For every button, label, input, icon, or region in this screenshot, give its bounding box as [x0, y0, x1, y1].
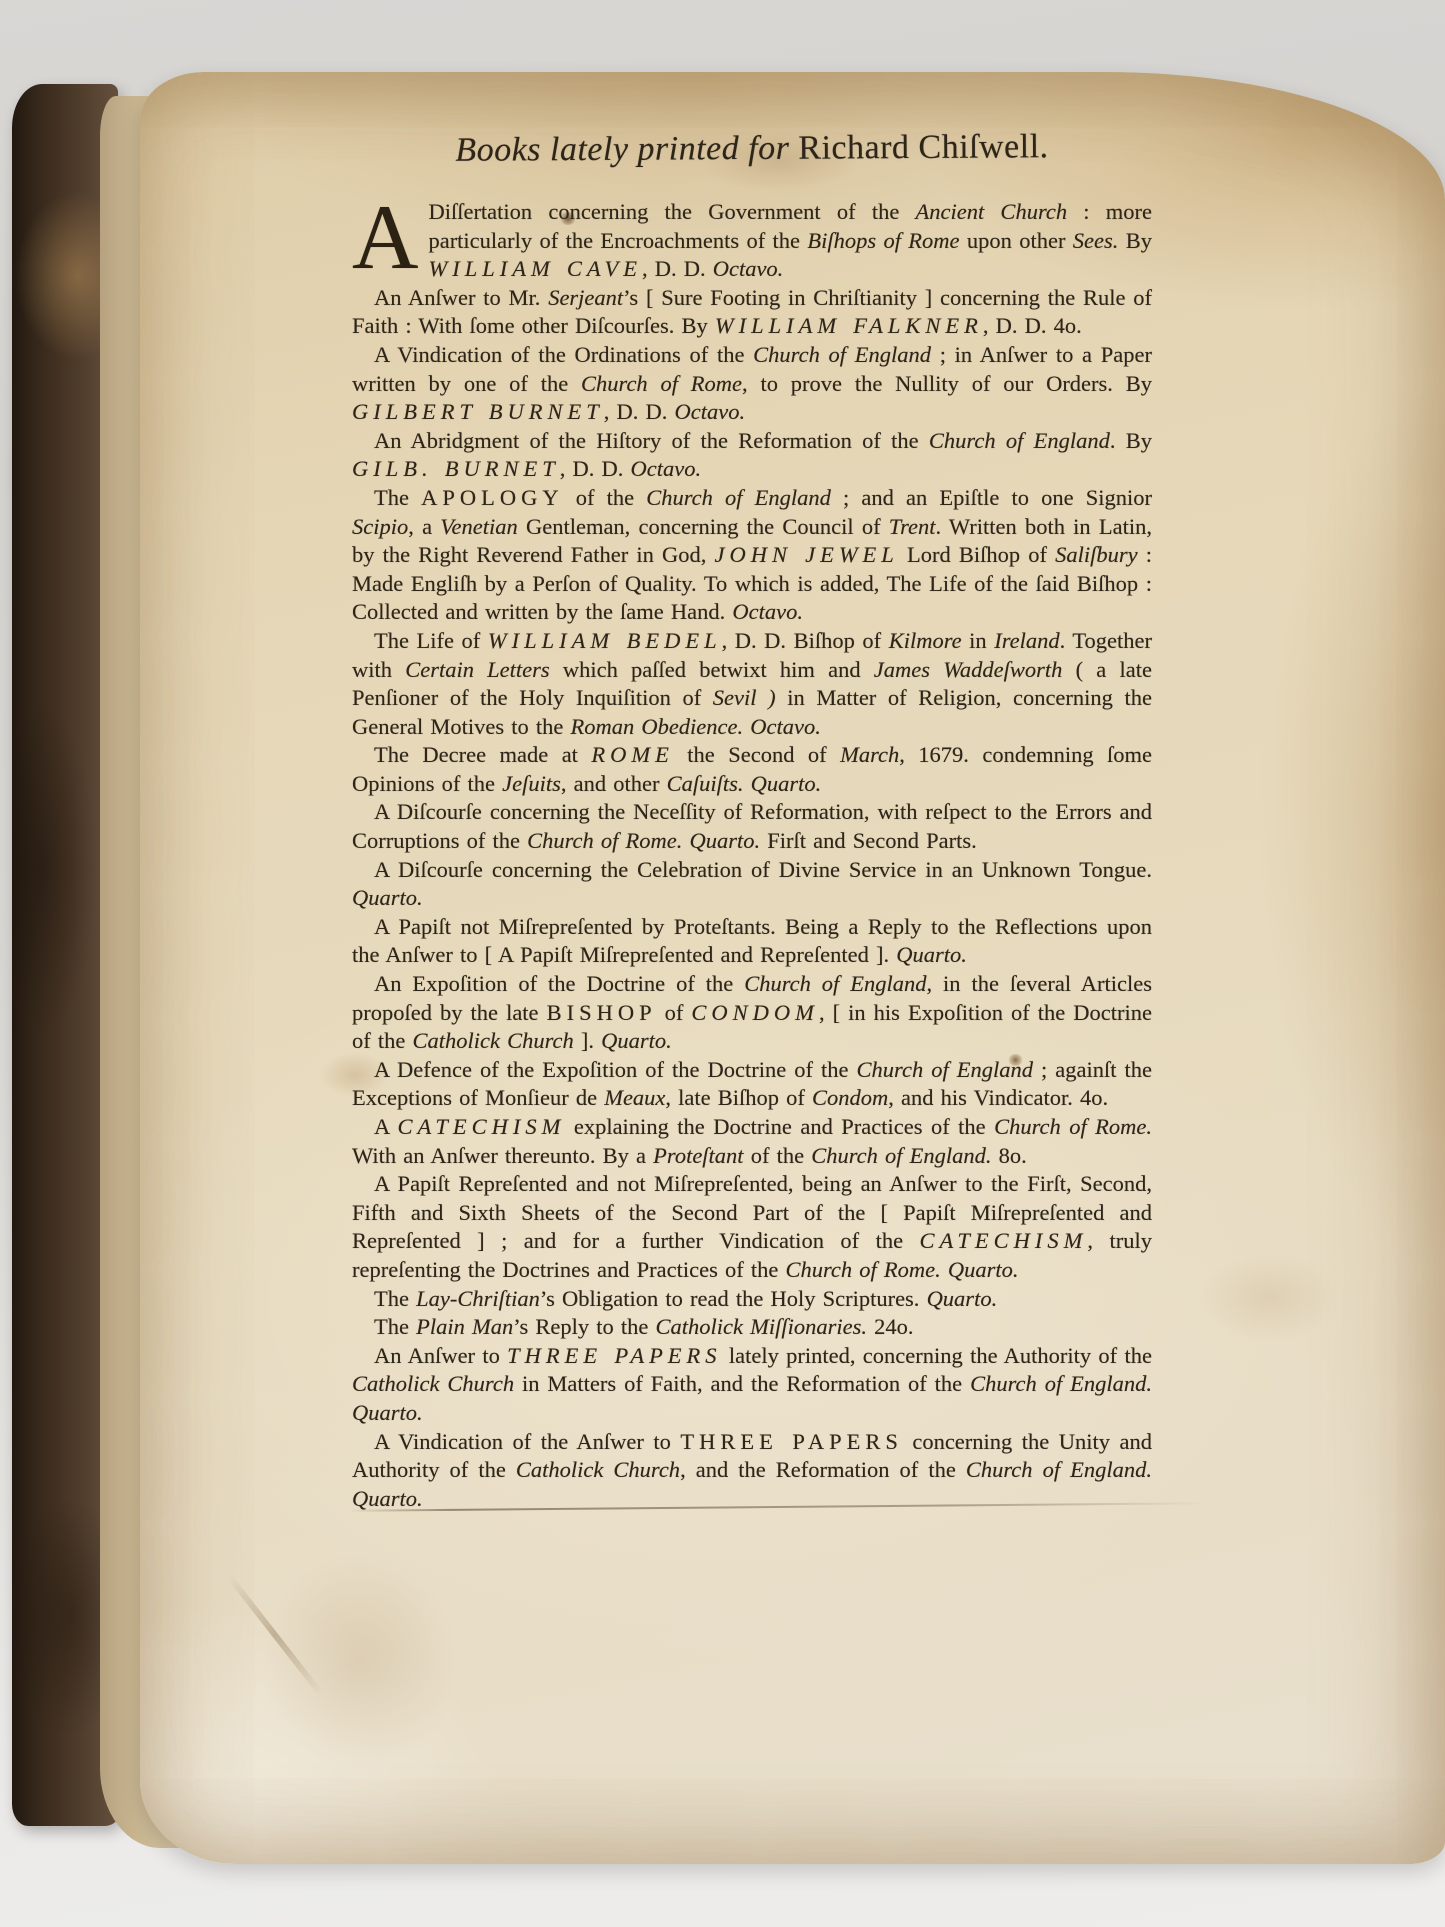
entry-text-segment: Church of England. [811, 1143, 991, 1168]
entry-text-segment: , and his Vindicator. 4o. [888, 1085, 1108, 1110]
entry-text-segment: Jeſuits [502, 771, 561, 796]
page-title-roman-part: Richard Chiſwell. [798, 128, 1048, 167]
entry-text-segment: Lay-Chriſtian [416, 1286, 540, 1311]
stain [260, 1552, 460, 1772]
entry-text-segment: Quarto. [352, 885, 423, 910]
entry-text-segment: An Anſwer to [374, 1343, 507, 1368]
entry-text-segment: THREE PAPERS [680, 1429, 902, 1454]
entry-text-segment: Church of Rome. Quarto. [785, 1257, 1018, 1282]
entry-text-segment: Diſſertation concerning the Government o… [428, 199, 915, 224]
entry-text-segment: Octavo. [713, 256, 784, 281]
entry-text-segment: Quarto. [927, 1286, 998, 1311]
book-page: Books lately printed for Richard Chiſwel… [140, 72, 1445, 1864]
entry-text-segment: the Second of [674, 742, 840, 767]
entry-text-segment: explaining the Doctrine and Practices of… [565, 1114, 994, 1139]
entry-text-segment: . By [1110, 428, 1152, 453]
entry-text-segment: , D. D. [642, 256, 713, 281]
entry-text-segment: 24o. [867, 1314, 914, 1339]
catalog-entry: A Papiſt Repreſented and not Miſrepreſen… [352, 1170, 1152, 1284]
catalog-entry: A Defence of the Expoſition of the Doctr… [352, 1056, 1152, 1113]
entry-text-segment: GILBERT BURNET [352, 399, 604, 424]
entry-text-segment: which paſſed betwixt him and [550, 657, 874, 682]
entry-text-segment: ’s Obligation to read the Holy Scripture… [540, 1286, 927, 1311]
catalog-entry: A Diſcourſe concerning the Neceſſity of … [352, 798, 1152, 855]
catalog-entry: An Anſwer to Mr. Serjeant’s [ Sure Footi… [352, 284, 1152, 341]
entry-text-segment: 8o. [991, 1143, 1026, 1168]
entry-text-segment: JOHN JEWEL [714, 542, 898, 567]
catalog-entry: ADiſſertation concerning the Government … [352, 198, 1152, 284]
entry-text-segment: Quarto. [896, 942, 967, 967]
entry-text-segment: Church of Rome. [994, 1114, 1152, 1139]
entry-text-segment: An Abridgment of the Hiſtory of the Refo… [374, 428, 929, 453]
entry-text-segment: Church of Rome. Quarto. [527, 828, 760, 853]
entry-text-segment: Catholick Church [412, 1028, 573, 1053]
catalog-entry: An Expoſition of the Doctrine of the Chu… [352, 970, 1152, 1056]
entry-text-segment: , and other [561, 771, 667, 796]
page-crease [226, 1574, 323, 1696]
entry-text-segment: ]. [574, 1028, 601, 1053]
entry-text-segment: Catholick Miſſionaries. [655, 1314, 866, 1339]
entry-text-segment: Trent [889, 514, 936, 539]
entry-text-segment: in [962, 628, 995, 653]
entry-text-segment: APOLOGY [421, 485, 564, 510]
entry-text-segment: ; and an Epiſtle to one Signior [831, 485, 1152, 510]
entry-text-segment: By [1118, 228, 1152, 253]
entry-text-segment: BISHOP [547, 1000, 657, 1025]
entry-text-segment: , D. D. Biſhop of [722, 628, 889, 653]
entry-text-segment: GILB. BURNET [352, 456, 560, 481]
entry-text-segment: Proteſtant [653, 1143, 743, 1168]
entry-text-segment: in Matters of Faith, and the Reformation… [514, 1371, 970, 1396]
entry-text-segment: A Defence of the Expoſition of the Doctr… [374, 1057, 857, 1082]
entry-text-segment: Quarto. [601, 1028, 672, 1053]
entry-text-segment: March [840, 742, 899, 767]
entry-text-segment: A Diſcourſe concerning the Celebration o… [374, 857, 1152, 882]
entry-text-segment: CONDOM [691, 1000, 819, 1025]
entry-text-segment: Sevil ) [713, 685, 776, 710]
entry-text-segment: Lord Biſhop of [899, 542, 1055, 567]
entry-text-segment: of the [744, 1143, 812, 1168]
entry-text-segment: Catholick Church [352, 1371, 514, 1396]
entry-text-segment: Octavo. [631, 456, 702, 481]
entry-text-segment: , to prove the Nullity of our Orders. By [742, 371, 1152, 396]
catalog-entry: A Vindication of the Ordinations of the … [352, 341, 1152, 427]
printed-text-block: Books lately printed for Richard Chiſwel… [352, 130, 1152, 1513]
entry-text-segment: Gentleman, concerning the Council of [518, 514, 889, 539]
catalog-entry: An Abridgment of the Hiſtory of the Refo… [352, 427, 1152, 484]
catalog-entry: The Decree made at ROME the Second of Ma… [352, 741, 1152, 798]
entry-text-segment: Ancient Church [916, 199, 1068, 224]
entry-text-segment: Plain Man [416, 1314, 513, 1339]
entry-text-segment: Catholick Church [516, 1457, 680, 1482]
page-title-italic-part: Books lately printed for [455, 130, 789, 169]
entry-text-segment: The Life of [374, 628, 488, 653]
entry-text-segment: , D. D. 4o. [983, 313, 1082, 338]
entry-text-segment: CATECHISM [920, 1228, 1088, 1253]
entry-text-segment: of [657, 1000, 692, 1025]
entry-text-segment: James Waddeſworth [874, 657, 1063, 682]
entry-text-segment: Church of England [646, 485, 831, 510]
catalog-entry: A Diſcourſe concerning the Celebration o… [352, 856, 1152, 913]
entry-text-segment: An Anſwer to Mr. [374, 285, 548, 310]
entry-text-segment: Firſt and Second Parts. [760, 828, 977, 853]
entry-text-segment: THREE PAPERS [507, 1343, 721, 1368]
entry-text-segment: Church of England [753, 342, 931, 367]
entry-text-segment: With an Anſwer thereunto. By a [352, 1143, 653, 1168]
entry-text-segment: A Papiſt not Miſrepreſented by Proteſtan… [352, 914, 1152, 968]
entry-text-segment: , D. D. [560, 456, 631, 481]
entry-text-segment: lately printed, concerning the Authority… [722, 1343, 1152, 1368]
entry-text-segment: The [374, 485, 421, 510]
catalog-entry: The Plain Man’s Reply to the Catholick M… [352, 1313, 1152, 1342]
entry-text-segment: Scipio [352, 514, 408, 539]
entry-text-segment: Church of England [744, 971, 926, 996]
catalog-entry: A CATECHISM explaining the Doctrine and … [352, 1113, 1152, 1170]
drop-cap: A [352, 198, 428, 275]
book-catalog-entries: ADiſſertation concerning the Government … [352, 198, 1152, 1513]
entry-text-segment: An Expoſition of the Doctrine of the [374, 971, 744, 996]
entry-text-segment: upon other [960, 228, 1073, 253]
entry-text-segment: The [374, 1286, 416, 1311]
entry-text-segment: , a [408, 514, 440, 539]
entry-text-segment: , D. D. [604, 399, 675, 424]
entry-text-segment: CATECHISM [397, 1114, 565, 1139]
entry-text-segment: Certain Letters [405, 657, 549, 682]
entry-text-segment: WILLIAM CAVE [428, 256, 642, 281]
entry-text-segment: Serjeant [548, 285, 623, 310]
entry-text-segment: Church of England [929, 428, 1110, 453]
entry-text-segment: , late Biſhop of [665, 1085, 812, 1110]
entry-text-segment: Church of Rome [581, 371, 742, 396]
catalog-entry: A Vindication of the Anſwer to THREE PAP… [352, 1428, 1152, 1514]
catalog-entry: An Anſwer to THREE PAPERS lately printed… [352, 1342, 1152, 1428]
entry-text-segment: Church of England [857, 1057, 1033, 1082]
entry-text-segment: Sees. [1073, 228, 1119, 253]
entry-text-segment: Caſuiſts. Quarto. [667, 771, 822, 796]
entry-text-segment: Octavo. [674, 399, 745, 424]
entry-text-segment: Roman Obedience. Octavo. [570, 714, 820, 739]
entry-text-segment: Condom [812, 1085, 888, 1110]
catalog-entry: The Lay-Chriſtian’s Obligation to read t… [352, 1285, 1152, 1314]
entry-text-segment: The Decree made at [374, 742, 591, 767]
entry-text-segment: Octavo. [732, 599, 803, 624]
entry-text-segment: Biſhops of Rome [807, 228, 959, 253]
book-photo: Books lately printed for Richard Chiſwel… [0, 0, 1445, 1927]
entry-text-segment: , and the Reformation of the [680, 1457, 966, 1482]
page-title: Books lately printed for Richard Chiſwel… [352, 128, 1152, 171]
catalog-entry: The Life of WILLIAM BEDEL, D. D. Biſhop … [352, 627, 1152, 741]
entry-text-segment: ’s Reply to the [513, 1314, 655, 1339]
catalog-entry: A Papiſt not Miſrepreſented by Proteſtan… [352, 913, 1152, 970]
entry-text-segment: WILLIAM BEDEL [488, 628, 722, 653]
entry-text-segment: A Vindication of the Anſwer to [374, 1429, 680, 1454]
entry-text-segment: Saliſbury [1055, 542, 1138, 567]
stain [1200, 1252, 1340, 1342]
entry-text-segment: Venetian [440, 514, 517, 539]
entry-text-segment: WILLIAM FALKNER [715, 313, 983, 338]
entry-text-segment: Meaux [604, 1085, 665, 1110]
entry-text-segment: of the [564, 485, 647, 510]
entry-text-segment: A [374, 1114, 397, 1139]
entry-text-segment: ROME [591, 742, 673, 767]
entry-text-segment: Ireland [994, 628, 1059, 653]
entry-text-segment: Kilmore [889, 628, 962, 653]
entry-text-segment: A Vindication of the Ordinations of the [374, 342, 753, 367]
entry-text-segment: The [374, 1314, 416, 1339]
catalog-entry: The APOLOGY of the Church of England ; a… [352, 484, 1152, 627]
